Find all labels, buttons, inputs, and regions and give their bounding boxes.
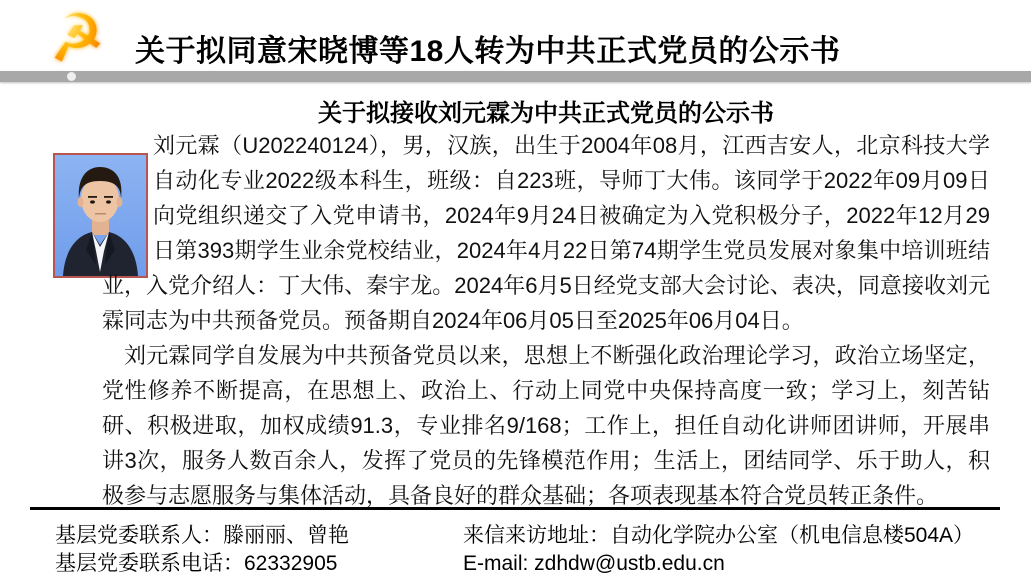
footer-address-block: 来信来访地址：自动化学院办公室（机电信息楼504A） E-mail: zdhdw… bbox=[463, 522, 974, 578]
slide-progress-bar bbox=[0, 71, 1031, 82]
notice-slide: ☭ 关于拟同意宋晓博等18人转为中共正式党员的公示书 关于拟接收刘元霖为中共正式… bbox=[0, 0, 1031, 579]
paragraph-performance: 刘元霖同学自发展为中共预备党员以来，思想上不断强化政治理论学习，政治立场坚定，党… bbox=[102, 338, 990, 513]
hammer-and-sickle-glyph: ☭ bbox=[44, 2, 109, 72]
paragraph-basic-info: 刘元霖（U202240124），男，汉族，出生于2004年08月，江西吉安人，北… bbox=[102, 128, 990, 338]
banner-title: 关于拟同意宋晓博等18人转为中共正式党员的公示书 bbox=[135, 26, 840, 70]
notice-title: 关于拟接收刘元霖为中共正式党员的公示书 bbox=[102, 93, 990, 128]
footer-divider bbox=[30, 507, 1000, 510]
contact-email: E-mail: zdhdw@ustb.edu.cn bbox=[463, 550, 974, 578]
contact-person: 基层党委联系人：滕丽丽、曾艳 bbox=[55, 522, 349, 550]
footer-contact-block: 基层党委联系人：滕丽丽、曾艳 基层党委联系电话：62332905 bbox=[55, 522, 349, 578]
party-emblem-icon: ☭ bbox=[30, 2, 120, 72]
visit-address: 来信来访地址：自动化学院办公室（机电信息楼504A） bbox=[463, 522, 974, 550]
slide-position-dot-icon bbox=[67, 72, 76, 81]
photo-text-wrap-spacer bbox=[102, 128, 153, 268]
notice-body: 刘元霖（U202240124），男，汉族，出生于2004年08月，江西吉安人，北… bbox=[102, 128, 990, 513]
contact-phone: 基层党委联系电话：62332905 bbox=[55, 550, 349, 578]
